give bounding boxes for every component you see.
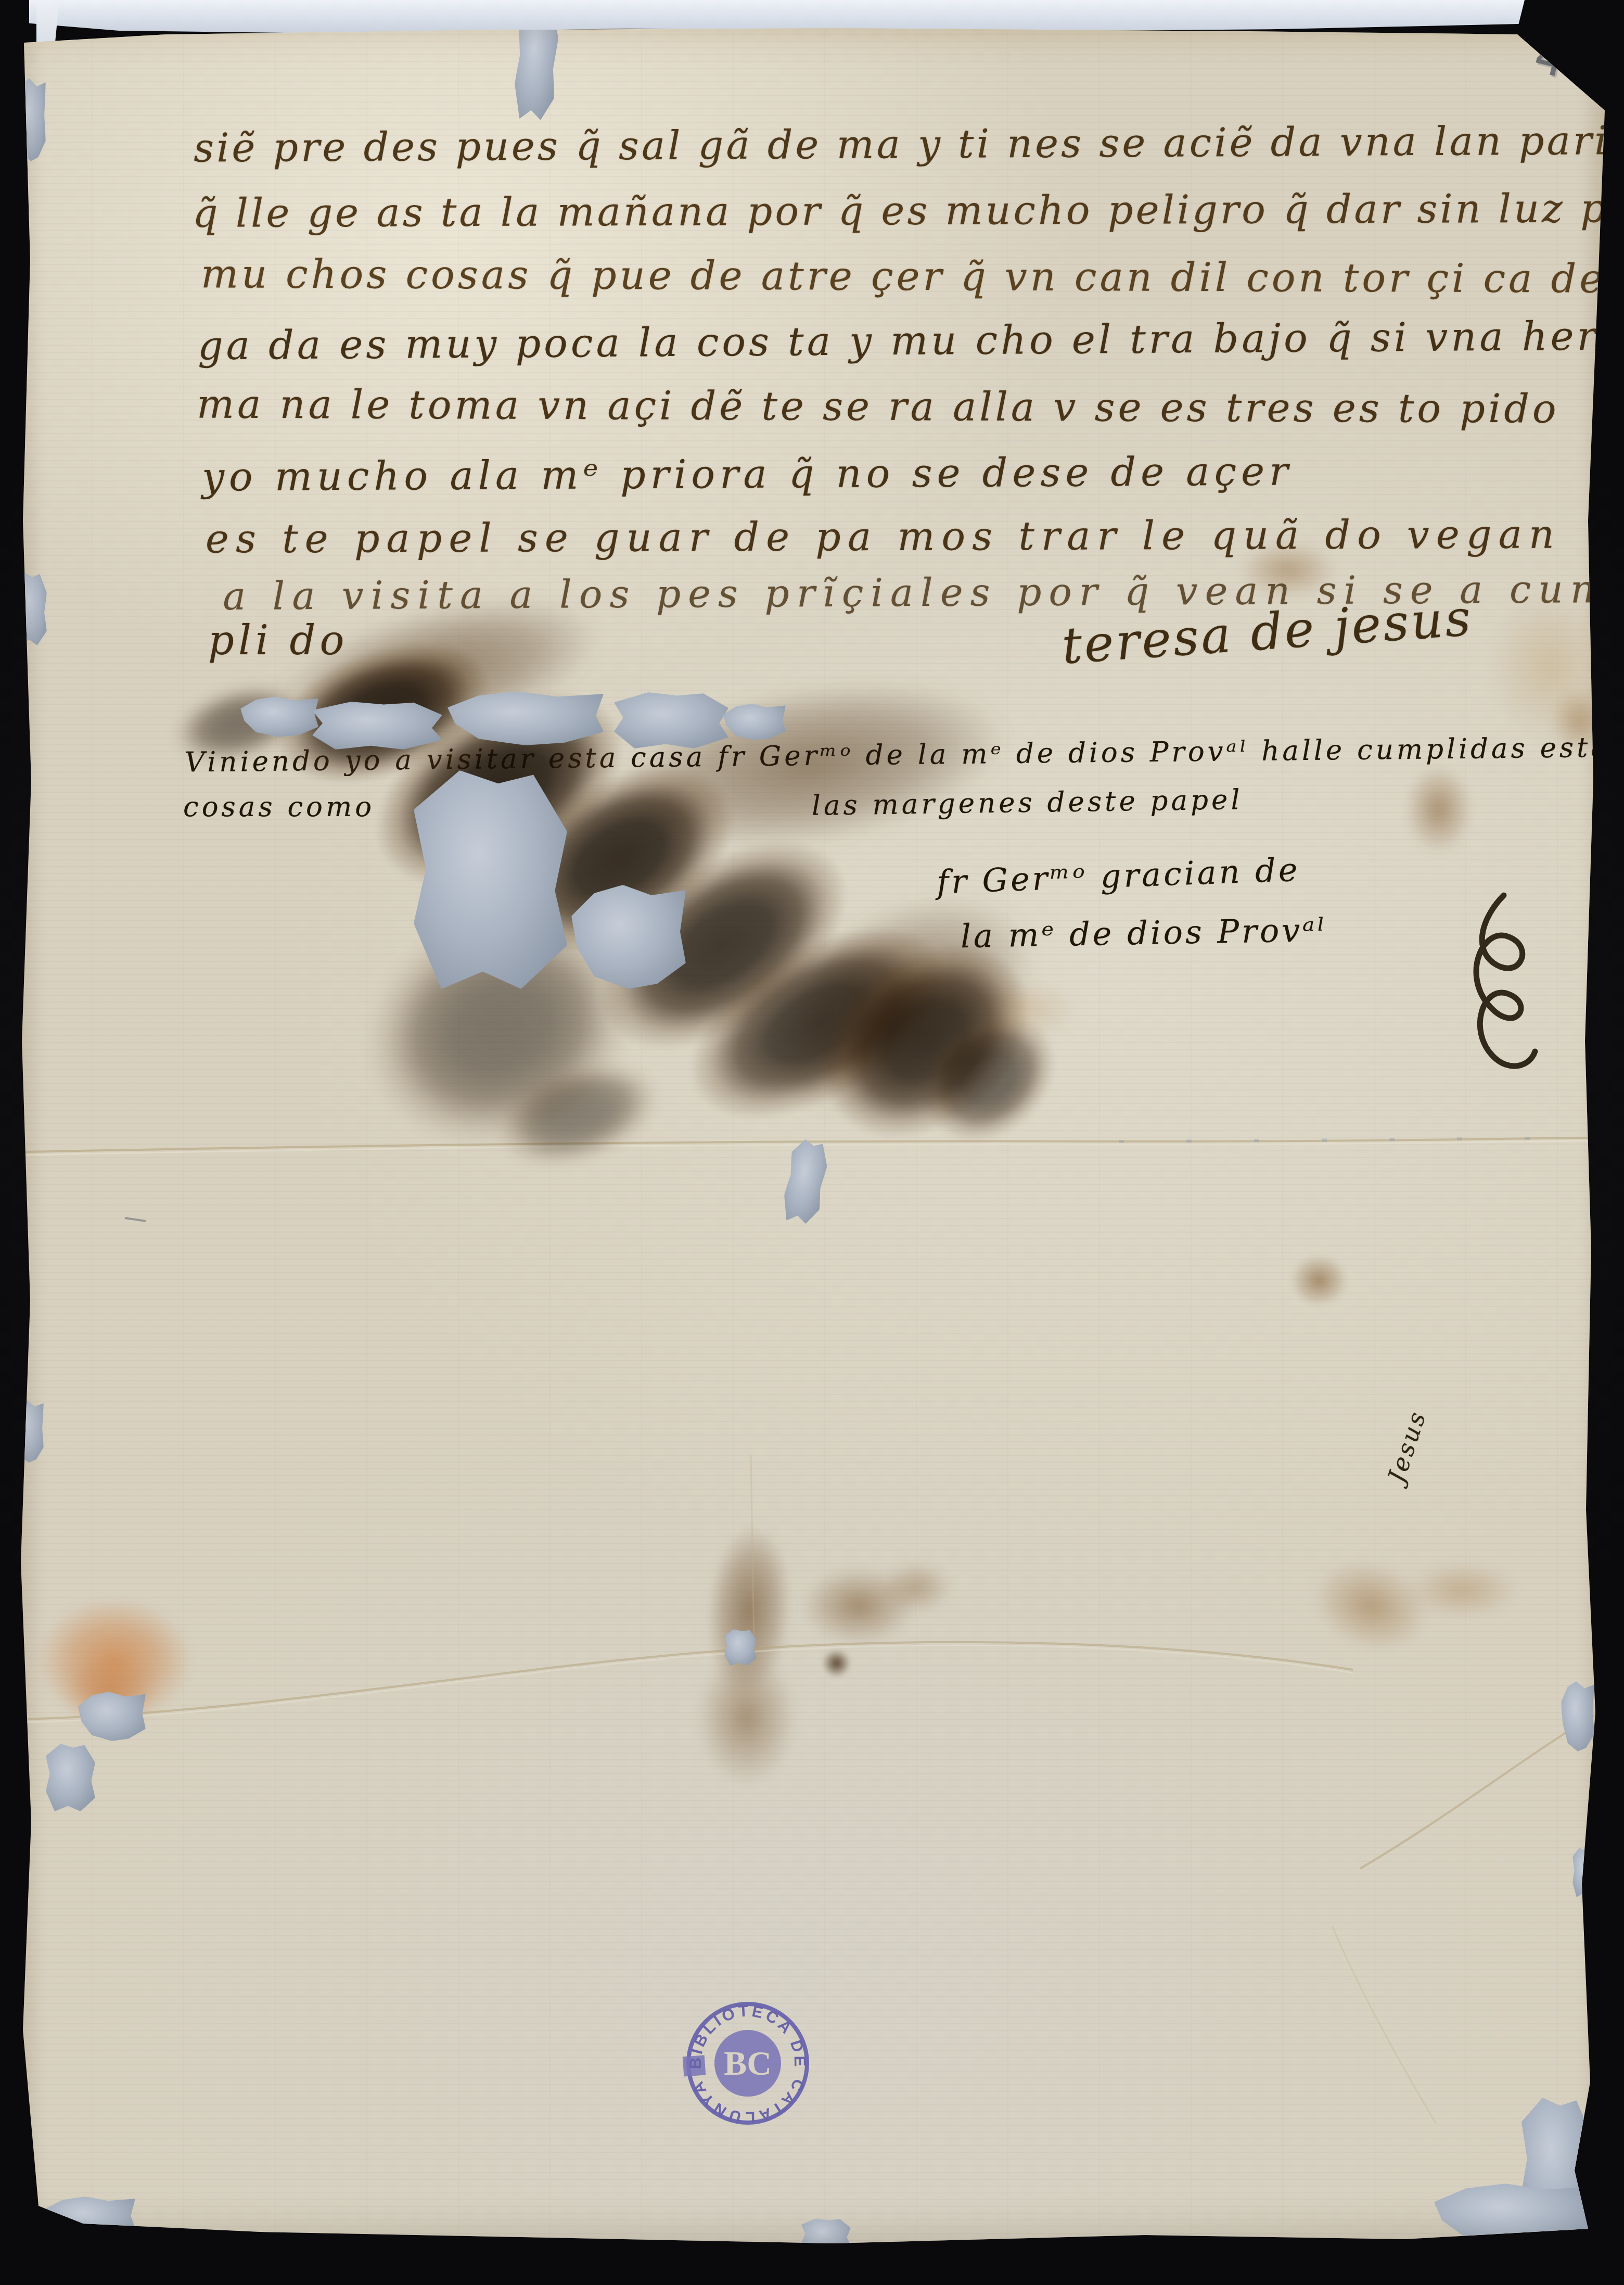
letter-line: yo mucho ala mᵉ priora q̃ no se dese de … xyxy=(202,448,1293,500)
stamp-monogram: BC xyxy=(724,2045,772,2083)
letter-line: mu chos cosas q̃ pue de atre çer q̃ vn c… xyxy=(201,250,1622,302)
gracian-rubric-flourish xyxy=(1426,885,1582,1093)
note-line2a: cosas como xyxy=(183,791,375,823)
letter-line: es te papel se guar de pa mos trar le qu… xyxy=(206,511,1561,562)
gracian-signature-line2: la mᵉ de dios Provᵃˡ xyxy=(960,911,1328,955)
letter-line: pli do xyxy=(208,617,349,664)
letter-line: q̃ lle ge as ta la mañana por q̃ es much… xyxy=(193,185,1624,236)
manuscript-paper: siẽ pre des pues q̃ sal gã de ma y ti ne… xyxy=(0,0,1624,2285)
repair-patch xyxy=(614,692,728,748)
letter-line: ga da es muy poca la cos ta y mu cho el … xyxy=(198,313,1600,369)
letter-line: ma na le toma vn açi dẽ te se ra alla v … xyxy=(197,380,1559,431)
repair-patch xyxy=(414,770,567,989)
repair-patch xyxy=(312,702,442,750)
repair-patch xyxy=(724,1629,757,1666)
repair-patch xyxy=(46,1744,95,1811)
library-stamp: BIBLIOTECA DE CATALUNYA BC xyxy=(680,1996,815,2131)
tissue-strip xyxy=(29,0,1525,33)
note-line2b: las margenes deste papel xyxy=(812,784,1243,822)
letter-line: siẽ pre des pues q̃ sal gã de ma y ti ne… xyxy=(194,117,1624,171)
